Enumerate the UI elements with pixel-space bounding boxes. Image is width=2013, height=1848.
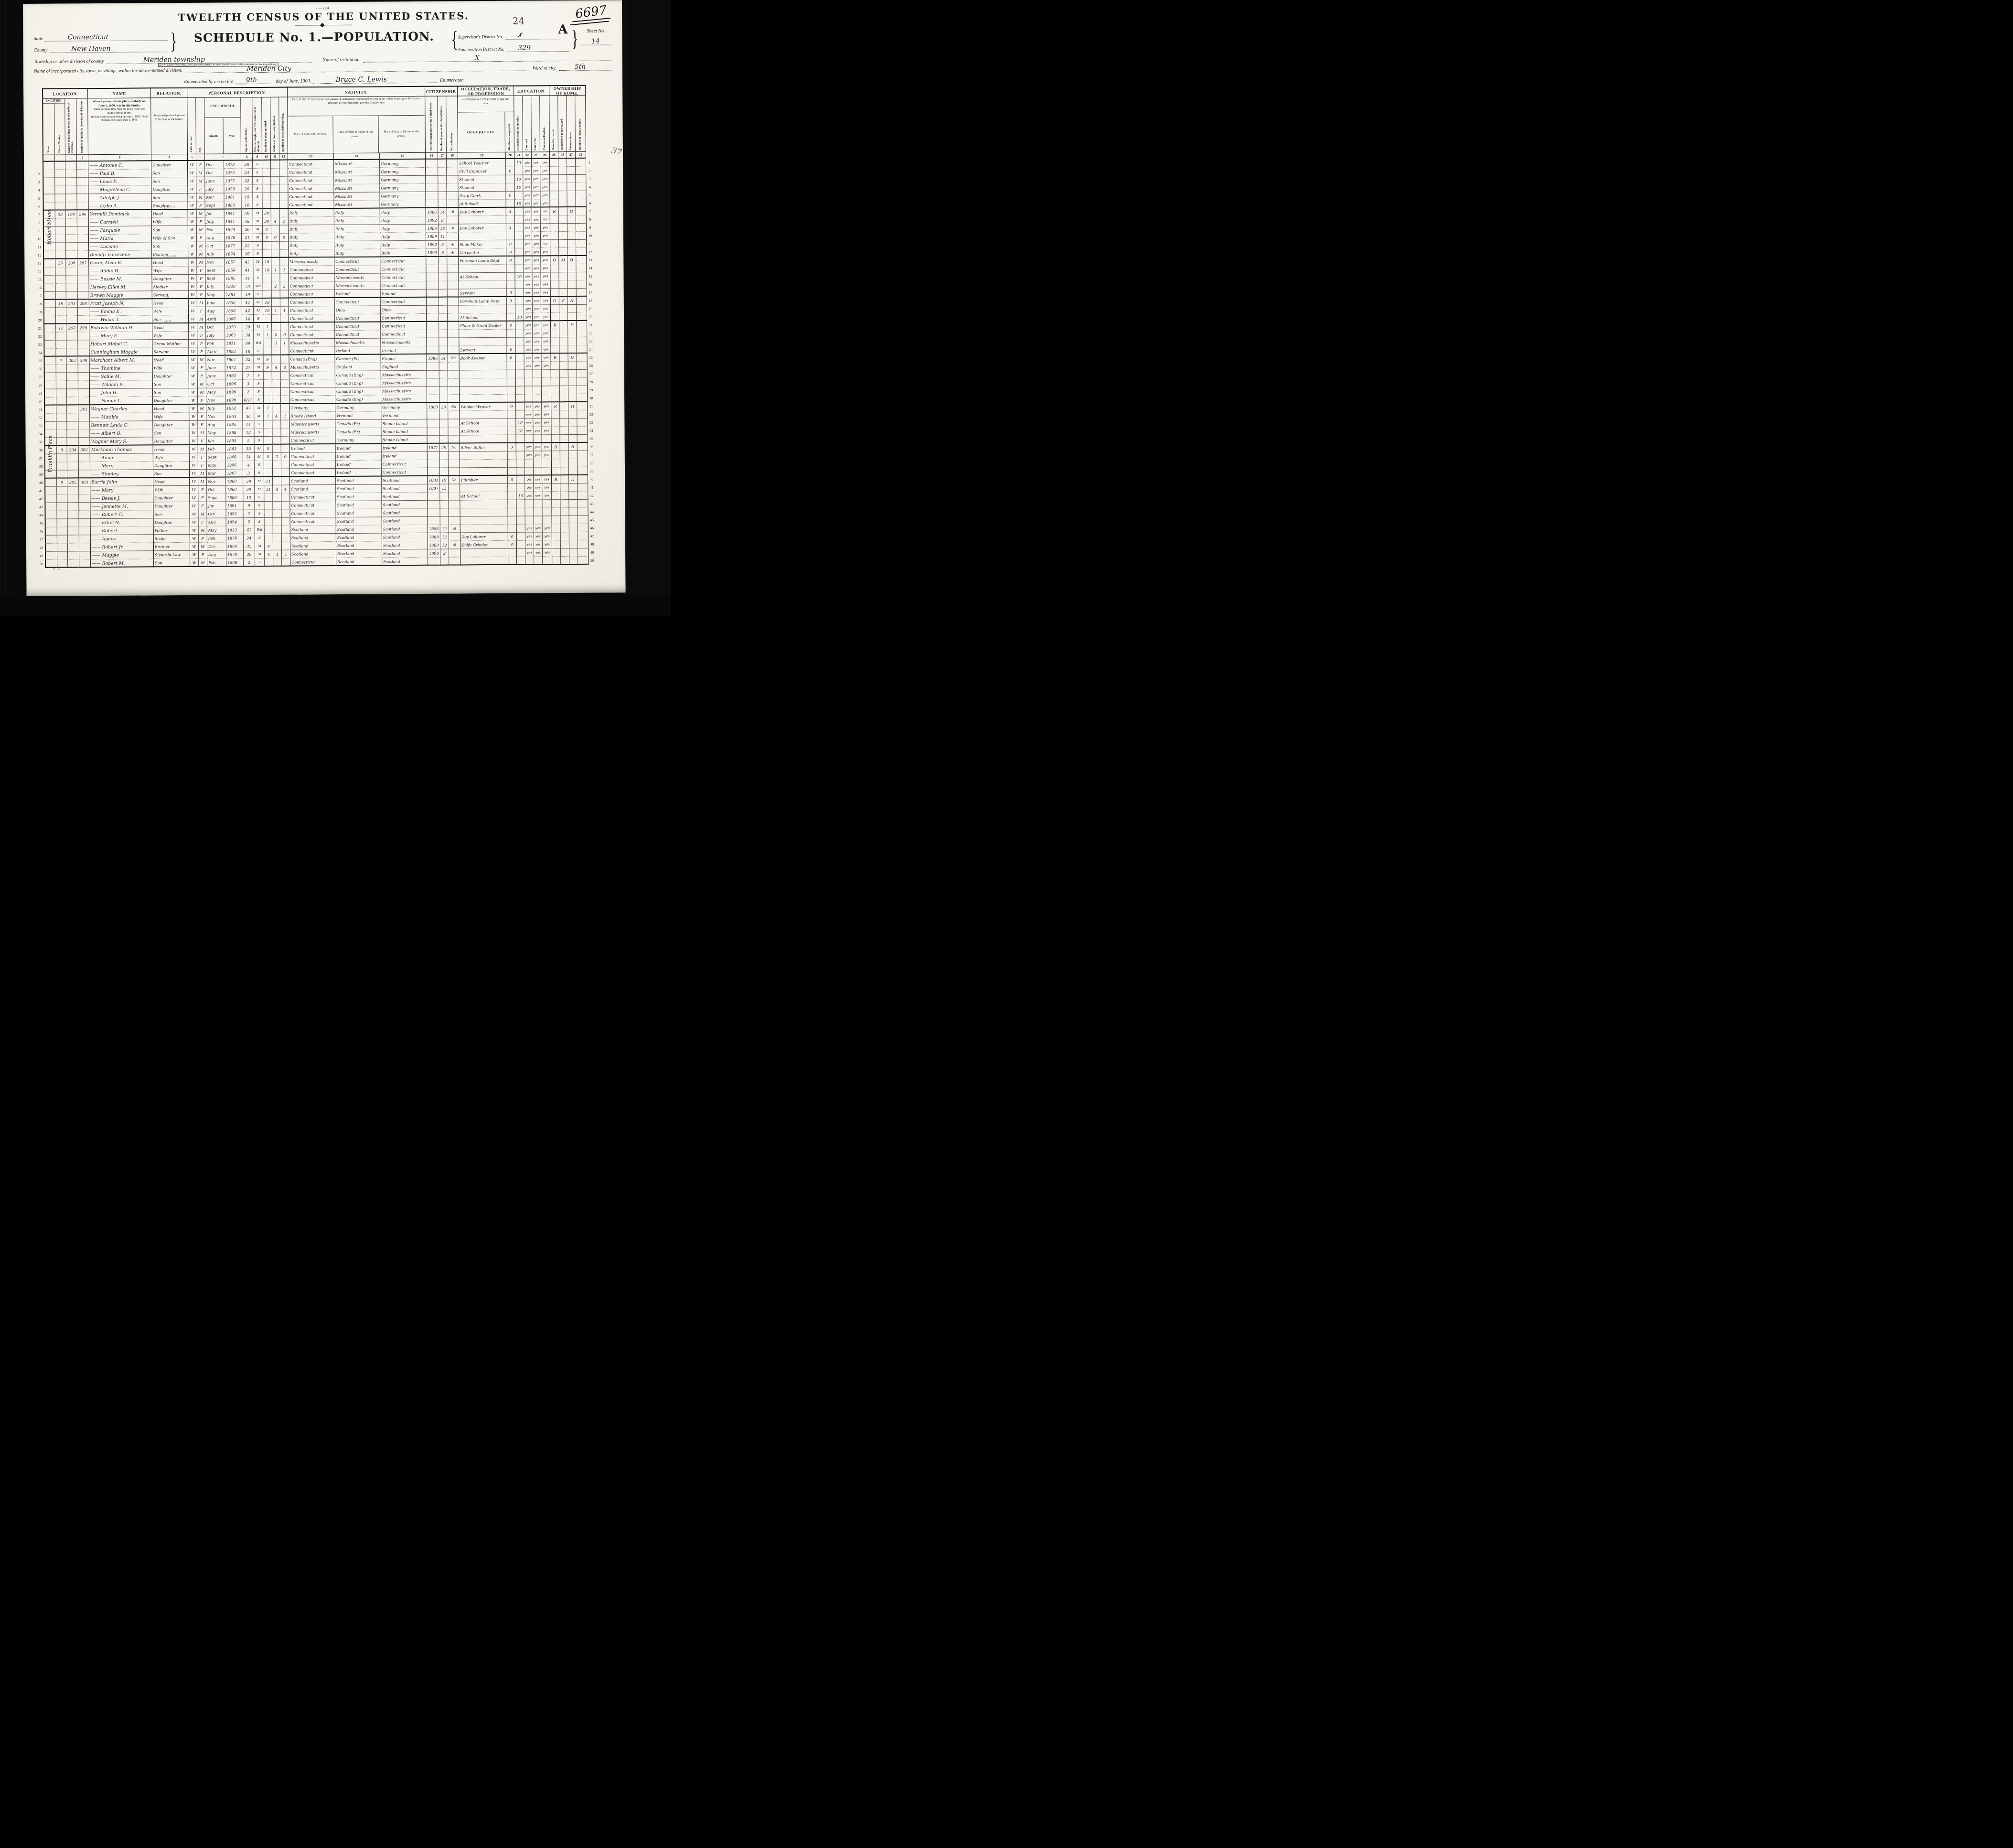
cell-fm	[560, 500, 569, 508]
column-header-liv: Number of these children living.	[279, 97, 288, 154]
cell-color: W	[188, 193, 196, 202]
cell-rd	[525, 459, 534, 467]
cell-mar: S	[254, 315, 263, 323]
cell-liv	[281, 502, 290, 510]
cell-age: 34	[242, 331, 254, 339]
cell-mar: S	[253, 185, 262, 193]
cell-dwell	[68, 543, 79, 551]
column-header-fm: Owned free or mortgaged.	[558, 96, 567, 152]
cell-sex: F	[199, 518, 207, 526]
cell-rd: yes	[524, 207, 532, 215]
column-number: 14	[334, 153, 380, 160]
cell-rel: Wife	[152, 218, 188, 226]
column-number: 24	[540, 152, 550, 159]
cell-liv	[281, 477, 290, 485]
cell-bmonth: Oct	[205, 169, 224, 177]
row-number: 12	[587, 248, 594, 256]
cell-yrs	[439, 338, 448, 346]
cell-eng	[542, 508, 552, 516]
cell-age: 41	[242, 266, 253, 274]
cell-color: W	[190, 470, 198, 478]
cell-bm: Massachusetts	[381, 395, 427, 404]
cell-sex: F	[198, 397, 206, 405]
cell-bp: Connecticut	[289, 306, 335, 315]
cell-eng: yes	[541, 337, 551, 345]
cell-moth	[271, 209, 280, 217]
cell-fs	[577, 378, 588, 386]
cell-eng: yes	[540, 183, 550, 191]
cell-wr: yes	[532, 167, 540, 175]
cell-yrs	[439, 257, 447, 265]
cell-name: —— Maggie	[91, 551, 154, 559]
cell-rd: yes	[524, 248, 532, 256]
cell-own	[552, 500, 560, 508]
cell-name: —— Bessie J.	[90, 494, 153, 503]
cell-byear: 1897	[226, 469, 243, 477]
cell-mne	[506, 183, 514, 192]
cell-yrm	[263, 250, 271, 258]
cell-color: W	[188, 267, 197, 275]
cell-mar: S	[255, 461, 264, 469]
cell-fam	[79, 438, 90, 446]
cell-rel: Daughter	[151, 185, 188, 193]
cell-dwell	[67, 421, 78, 430]
cell-rel: Daughter	[152, 275, 188, 283]
cell-eng: yes	[542, 362, 551, 370]
cell-own	[550, 248, 559, 256]
sheet-value: 14	[591, 38, 600, 45]
row-number: 26	[588, 362, 595, 370]
row-number: 27	[588, 370, 595, 378]
supervisor-line: ✗	[505, 32, 569, 40]
cell-bp: Connecticut	[290, 509, 336, 518]
cell-street	[45, 544, 57, 552]
cell-imm	[427, 314, 439, 322]
cell-imm: 1888	[428, 525, 440, 533]
cell-sex: M	[197, 323, 206, 332]
cell-street	[43, 284, 56, 292]
row-number: 15	[36, 276, 43, 284]
cell-dwell	[67, 430, 78, 438]
cell-age: 21	[242, 234, 253, 242]
cell-liv: 1	[281, 412, 289, 420]
cell-mne: 3	[508, 443, 516, 451]
cell-yrm	[262, 185, 271, 193]
cell-fm	[560, 378, 568, 386]
cell-bm: Scotland	[382, 501, 428, 509]
cell-age: 12	[243, 429, 254, 437]
cell-fs	[577, 410, 588, 419]
cell-byear: 1870	[226, 550, 244, 559]
cell-rd: yes	[523, 159, 532, 167]
column-number: 7	[205, 154, 241, 161]
cell-house: 25	[55, 259, 66, 267]
cell-eng	[542, 500, 552, 508]
cell-eng: yes	[541, 232, 550, 240]
cell-color: W	[188, 234, 197, 242]
cell-age: 38	[243, 445, 255, 453]
cell-liv	[281, 510, 290, 518]
cell-age: 24	[244, 534, 255, 542]
cell-sex: M	[197, 210, 205, 218]
cell-mne	[508, 508, 516, 516]
cell-yrm	[264, 437, 273, 445]
cell-mne	[507, 378, 516, 387]
cell-bmonth: Mar	[207, 469, 226, 477]
cell-byear: 1889	[226, 494, 243, 502]
cell-sex: F	[198, 494, 207, 502]
cell-bmonth: Jan	[207, 437, 226, 445]
cell-yrm	[262, 177, 271, 185]
cell-nat: Na	[448, 354, 459, 362]
cell-bf: England	[335, 363, 381, 371]
cell-sex: M	[197, 299, 206, 307]
column-header-fam: Number of family, in the order of visita…	[76, 98, 88, 155]
cell-street	[43, 341, 56, 349]
cell-bm: Germany	[380, 176, 426, 184]
cell-name: —— Maria	[89, 234, 152, 243]
cell-byear: 1892	[226, 510, 243, 518]
cell-bp: Connecticut	[289, 282, 335, 290]
cell-moth	[273, 510, 281, 518]
cell-bmonth: Nov	[206, 396, 225, 404]
cell-yrm: 30	[263, 209, 271, 217]
cell-rd: yes	[525, 451, 534, 459]
cell-color: W	[189, 340, 197, 348]
cell-imm: 1886	[427, 355, 439, 363]
cell-sex: F	[196, 185, 205, 193]
cell-sch	[515, 346, 524, 354]
cell-street	[45, 527, 57, 536]
row-number: 28	[588, 378, 595, 386]
cell-fam	[79, 527, 91, 535]
cell-color: W	[190, 510, 198, 518]
cell-nat: Al	[447, 224, 459, 232]
cell-dwell	[66, 308, 78, 316]
cell-rel: Wife	[153, 486, 190, 494]
cell-rel: Son	[154, 559, 190, 567]
row-number: 44	[588, 508, 595, 516]
cell-rel: Daughter	[151, 161, 188, 169]
cell-fs	[577, 313, 587, 321]
cell-moth	[273, 559, 282, 567]
cell-yrm	[264, 510, 273, 518]
cell-fs	[577, 329, 587, 337]
cell-fh	[569, 540, 578, 548]
cell-wr: yes	[533, 313, 541, 321]
cell-bm: Connecticut	[381, 298, 427, 306]
cell-moth	[271, 201, 280, 209]
cell-bf: Connecticut	[335, 298, 381, 306]
cell-sex: F	[198, 364, 206, 372]
cell-bmonth: April	[206, 347, 225, 355]
cell-nat	[449, 500, 460, 508]
cell-house	[57, 438, 67, 446]
cell-bmonth: Nov	[207, 477, 226, 485]
cell-fam	[78, 389, 90, 397]
cell-moth	[273, 477, 281, 485]
cell-fh: H	[568, 321, 577, 329]
cell-fh	[569, 548, 578, 557]
cell-yrm: 16	[263, 299, 272, 307]
cell-liv	[280, 209, 289, 217]
cell-mar: M	[254, 404, 264, 412]
cell-street	[43, 308, 56, 316]
cell-fh	[567, 215, 576, 224]
cell-fm	[559, 329, 568, 337]
cell-age: 39	[243, 485, 255, 494]
cell-mar: M	[255, 445, 264, 453]
cell-occ	[460, 500, 508, 509]
cell-nat: Na	[449, 476, 460, 484]
cell-rel: Head	[153, 405, 189, 413]
row-number: 21	[36, 324, 43, 333]
cell-eng: yes	[542, 443, 552, 451]
ward-label: Ward of city,	[533, 65, 557, 71]
cell-eng	[542, 370, 551, 378]
cell-occ: Shoe Maker	[459, 240, 506, 249]
cell-fm	[559, 280, 568, 289]
cell-name: —— Robert C.	[90, 510, 153, 519]
cell-bmonth: Sept	[205, 201, 225, 209]
cell-mne	[508, 525, 517, 533]
cell-eng: yes	[542, 492, 552, 500]
cell-bf: Canada (Eng)	[335, 371, 381, 379]
cell-name: —— Jennette M.	[90, 502, 153, 511]
cell-wr: yes	[533, 419, 542, 427]
cell-bp: Connecticut	[288, 168, 334, 177]
cell-liv	[281, 461, 290, 469]
cell-own	[552, 540, 561, 548]
cell-fh: H	[568, 402, 577, 410]
cell-bp: Connecticut	[288, 193, 334, 201]
cell-wr: yes	[533, 354, 541, 362]
cell-mne	[507, 313, 515, 322]
cell-occ: Day Laborer	[460, 533, 508, 541]
cell-bp: Connecticut	[289, 298, 335, 307]
cell-rel: Brother	[154, 543, 190, 551]
group-header: CITIZENSHIP.	[425, 86, 458, 96]
cell-moth	[271, 185, 279, 193]
cell-mar: S	[255, 437, 264, 445]
cell-mne: 0	[507, 346, 515, 354]
cell-rel: Mother	[152, 283, 189, 291]
cell-bmonth: April	[206, 315, 225, 323]
cell-imm	[428, 460, 440, 468]
cell-bf: Scotland	[336, 533, 382, 542]
cell-rel: Daughter	[154, 518, 190, 526]
cell-fh	[567, 183, 576, 191]
cell-mne	[506, 216, 515, 224]
cell-own	[551, 410, 560, 419]
cell-rel: Head1.16	[152, 299, 189, 307]
cell-age: 3	[243, 380, 254, 388]
cell-street	[43, 235, 55, 243]
cell-imm	[428, 501, 440, 509]
cell-sex: M	[198, 445, 207, 453]
cell-moth: 4	[271, 217, 280, 226]
cell-dwell	[65, 170, 77, 178]
cell-bmonth: Oct	[205, 242, 225, 250]
cell-street	[43, 162, 55, 170]
cell-fs	[578, 467, 588, 475]
cell-bf: Ireland	[336, 444, 382, 452]
cell-house	[55, 267, 66, 275]
cell-fm	[560, 386, 568, 394]
cell-mar: S	[253, 169, 262, 177]
cell-imm	[428, 493, 440, 501]
cell-yrm	[264, 420, 272, 429]
cell-bf: Vermont	[335, 411, 381, 420]
cell-sex: M	[199, 543, 207, 551]
cell-wr: yes	[533, 329, 541, 337]
cell-sch	[515, 257, 524, 265]
cell-dwell	[67, 503, 79, 511]
cell-rd: yes	[525, 540, 534, 548]
cell-yrs: 11	[439, 233, 447, 241]
cell-color: W	[189, 291, 197, 299]
cell-moth	[272, 323, 280, 331]
supervisor-value: ✗	[517, 32, 523, 40]
cell-yrm	[263, 282, 272, 290]
cell-fs	[576, 167, 586, 175]
cell-nat	[448, 387, 460, 395]
cell-street	[43, 178, 55, 186]
cell-bf: Ohio	[335, 306, 381, 314]
cell-own: O	[551, 297, 559, 305]
cell-dwell	[68, 519, 79, 527]
cell-house	[57, 511, 67, 519]
cell-bm: Scotland	[382, 493, 428, 501]
cell-sex: F	[198, 413, 206, 421]
institution-label: Name of Institution,	[322, 57, 361, 63]
cell-bf: Scotland	[336, 484, 382, 493]
cell-age: 29	[242, 323, 254, 331]
row-number: 20	[36, 316, 43, 324]
ward-value: 5th	[575, 63, 586, 71]
cell-sch: 10	[516, 427, 525, 435]
cell-rel: Son	[153, 429, 189, 437]
cell-moth	[272, 396, 281, 404]
cell-fam	[79, 486, 90, 494]
cell-sch	[515, 297, 524, 305]
cell-wr: yes	[532, 183, 540, 191]
cell-bp: Italy	[289, 249, 334, 258]
cell-eng: no	[541, 240, 550, 248]
cell-bm: Massachusetts	[381, 338, 427, 347]
column-number: 21	[514, 152, 523, 159]
cell-eng	[542, 467, 552, 475]
cell-sex: F	[197, 307, 206, 315]
cell-sch	[515, 338, 524, 346]
cell-age: 7	[243, 510, 255, 518]
cell-own	[551, 337, 559, 345]
cell-rd: yes	[524, 264, 532, 272]
cell-yrm	[264, 388, 272, 396]
row-number: 19	[587, 305, 594, 313]
cell-fam	[78, 340, 89, 348]
cell-moth	[273, 469, 281, 477]
cell-rel: Father	[154, 526, 190, 535]
cell-dwell: 200	[66, 259, 77, 267]
cell-sch	[515, 224, 524, 232]
cell-color: W	[190, 559, 199, 567]
cell-bmonth: July	[205, 250, 225, 258]
row-number: 29	[588, 386, 595, 394]
cell-sch	[517, 516, 525, 525]
cell-liv	[280, 242, 289, 250]
row-number: 3	[35, 178, 43, 186]
cell-own	[552, 467, 560, 475]
cell-bf: Canada (Fr)	[335, 428, 381, 436]
cell-house	[55, 243, 66, 251]
cell-rd	[525, 435, 534, 443]
cell-bf: Ireland	[336, 452, 382, 461]
cell-liv	[282, 518, 290, 526]
cell-bp: Connecticut	[289, 347, 335, 355]
cell-age: 47	[243, 404, 254, 412]
cell-rd: yes	[524, 345, 533, 354]
cell-yrs	[439, 306, 448, 314]
brace-right: }	[170, 30, 177, 53]
cell-bp: Ireland	[290, 444, 336, 453]
cell-bmonth: Dec	[207, 542, 226, 550]
cell-byear: 1860	[226, 485, 243, 494]
cell-wr: yes	[532, 207, 541, 215]
cell-fs	[576, 175, 586, 183]
cell-occ	[460, 387, 507, 395]
cell-fm	[559, 289, 568, 297]
cell-own: R	[551, 402, 560, 410]
cell-color: W	[189, 323, 197, 332]
cell-wr: yes	[532, 175, 540, 183]
cell-age: 24	[241, 169, 253, 177]
cell-fm: M	[559, 256, 567, 264]
cell-mar: M	[255, 550, 265, 559]
cell-moth	[271, 242, 280, 250]
cell-sch: 10	[515, 273, 524, 281]
cell-yrs: 2	[440, 549, 449, 558]
cell-fs	[576, 272, 587, 280]
cell-fm	[558, 191, 567, 199]
cell-rd: yes	[523, 167, 532, 175]
cell-fs	[576, 207, 587, 215]
cell-bmonth: Nov	[206, 355, 225, 364]
cell-own	[550, 159, 558, 167]
cell-rel: Son	[151, 177, 188, 185]
cell-bmonth: Feb	[205, 226, 225, 234]
row-number: 23	[587, 337, 594, 345]
cell-street	[44, 414, 56, 422]
cell-mne	[507, 362, 516, 370]
cell-sch	[515, 322, 524, 330]
cell-fs	[578, 475, 588, 483]
cell-yrs	[439, 330, 448, 338]
cell-bf: Italy	[334, 233, 380, 241]
cell-yrs	[439, 419, 448, 428]
cell-house: 19	[56, 300, 66, 308]
cell-fs	[576, 224, 587, 232]
cell-byear: 1872	[225, 364, 243, 372]
column-number	[55, 155, 65, 161]
cell-bp: Connecticut	[290, 469, 336, 477]
cell-own	[551, 378, 560, 386]
cell-name: —— Magdelena C.	[88, 185, 151, 194]
cell-own	[552, 557, 561, 565]
cell-yrm	[264, 396, 272, 404]
cell-name: —— Thomine	[90, 364, 153, 373]
cell-own	[551, 280, 559, 289]
